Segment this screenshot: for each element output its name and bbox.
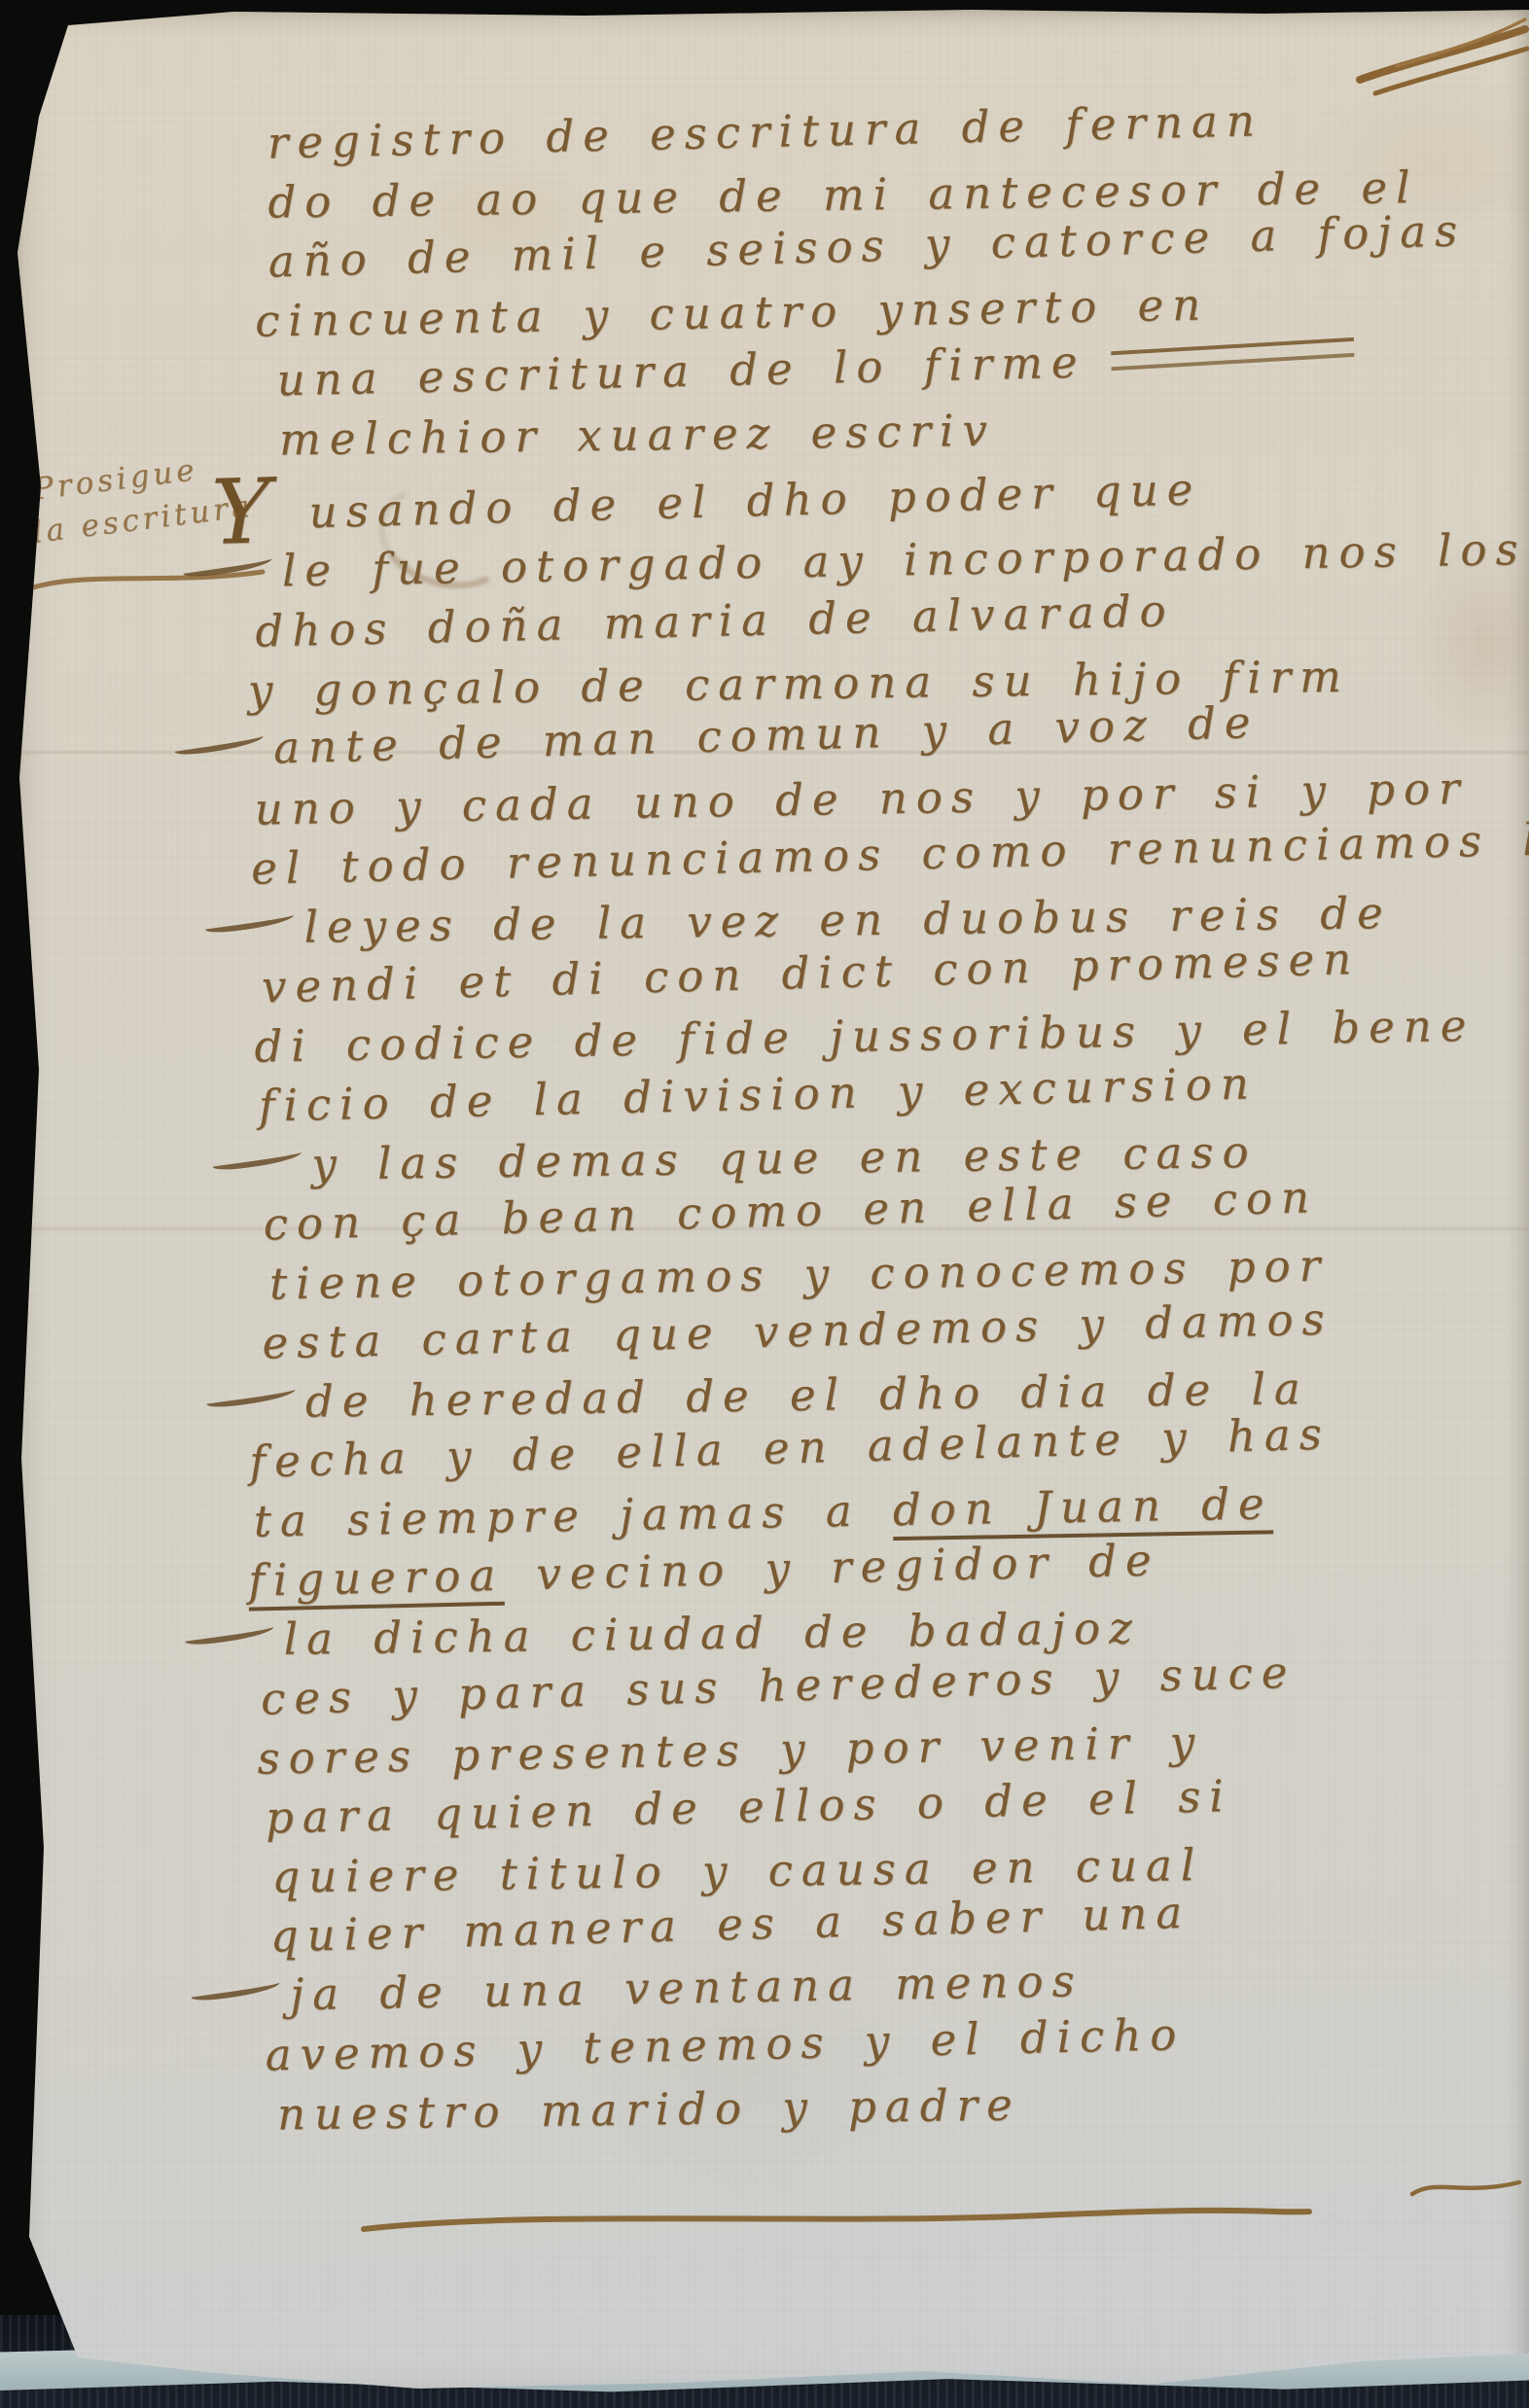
pen-stroke-flourish xyxy=(182,553,272,580)
manuscript-text: registro de escritura de fernando de ao … xyxy=(267,105,1527,2144)
pen-stroke-flourish xyxy=(184,1621,274,1647)
manuscript-page: Prosigue la escritura registro de escrit… xyxy=(0,0,1529,2408)
pen-stroke-flourish xyxy=(204,909,295,935)
double-rule-flourish xyxy=(1111,337,1354,371)
bottom-right-squiggle xyxy=(1408,2175,1523,2202)
pen-stroke-flourish xyxy=(174,730,265,757)
underlined-word: figueroa xyxy=(248,1549,505,1611)
pen-stroke-flourish xyxy=(212,1147,302,1172)
pen-stroke-flourish xyxy=(191,1977,281,2003)
pen-stroke-flourish xyxy=(205,1384,296,1409)
bottom-wavy-rule xyxy=(360,2204,1313,2237)
